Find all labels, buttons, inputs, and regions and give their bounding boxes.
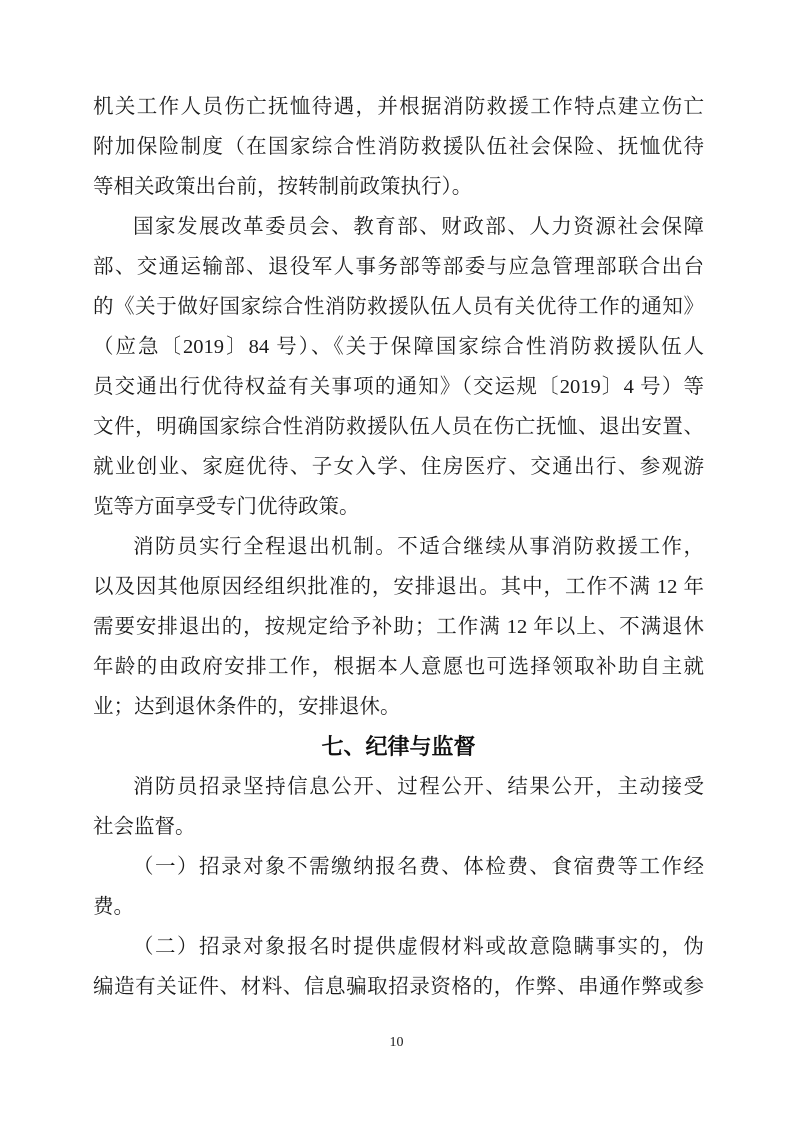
text-line: 消防员实行全程退出机制。不适合继续从事消防救援工作， (93, 527, 704, 567)
text-line: 业；达到退休条件的，安排退休。 (93, 687, 704, 727)
text-line: 文件，明确国家综合性消防救援队伍人员在伤亡抚恤、退出安置、 (93, 407, 704, 447)
para-open-recruitment: 消防员招录坚持信息公开、过程公开、结果公开，主动接受社会监督。 (93, 767, 704, 847)
text-line: 部、交通运输部、退役军人事务部等部委与应急管理部联合出台 (93, 247, 704, 287)
text-line: 社会监督。 (93, 807, 704, 847)
text-line: 需要安排退出的，按规定给予补助；工作满 12 年以上、不满退休 (93, 607, 704, 647)
text-line: 编造有关证件、材料、信息骗取招录资格的，作弊、串通作弊或参 (93, 967, 704, 1007)
document-content: 机关工作人员伤亡抚恤待遇，并根据消防救援工作特点建立伤亡附加保险制度（在国家综合… (93, 87, 704, 1007)
page-footer: 10 (0, 1033, 793, 1051)
text-line: 国家发展改革委员会、教育部、财政部、人力资源社会保障 (93, 207, 704, 247)
text-line: 以及因其他原因经组织批准的，安排退出。其中，工作不满 12 年 (93, 567, 704, 607)
text-line: （应急〔2019〕84 号）、《关于保障国家综合性消防救援队伍人 (93, 327, 704, 367)
para-preferential-policies: 国家发展改革委员会、教育部、财政部、人力资源社会保障部、交通运输部、退役军人事务… (93, 207, 704, 527)
text-line: 览等方面享受专门优待政策。 (93, 487, 704, 527)
para-no-fees: （一）招录对象不需缴纳报名费、体检费、食宿费等工作经费。 (93, 847, 704, 927)
text-line: （一）招录对象不需缴纳报名费、体检费、食宿费等工作经 (93, 847, 704, 887)
text-line: 员交通出行优待权益有关事项的通知》（交运规〔2019〕4 号）等 (93, 367, 704, 407)
text-line: 的《关于做好国家综合性消防救援队伍人员有关优待工作的通知》 (93, 287, 704, 327)
text-line: 机关工作人员伤亡抚恤待遇，并根据消防救援工作特点建立伤亡 (93, 87, 704, 127)
text-line: 就业创业、家庭优待、子女入学、住房医疗、交通出行、参观游 (93, 447, 704, 487)
para-exit-mechanism: 消防员实行全程退出机制。不适合继续从事消防救援工作，以及因其他原因经组织批准的，… (93, 527, 704, 727)
document-page: 机关工作人员伤亡抚恤待遇，并根据消防救援工作特点建立伤亡附加保险制度（在国家综合… (0, 0, 793, 1122)
heading-discipline-supervision: 七、纪律与监督 (93, 727, 704, 767)
text-line: 消防员招录坚持信息公开、过程公开、结果公开，主动接受 (93, 767, 704, 807)
text-line: 附加保险制度（在国家综合性消防救援队伍社会保险、抚恤优待 (93, 127, 704, 167)
para-injury-insurance: 机关工作人员伤亡抚恤待遇，并根据消防救援工作特点建立伤亡附加保险制度（在国家综合… (93, 87, 704, 207)
text-line: 年龄的由政府安排工作，根据本人意愿也可选择领取补助自主就 (93, 647, 704, 687)
page-number: 10 (390, 1035, 404, 1050)
para-fraud-penalties: （二）招录对象报名时提供虚假材料或故意隐瞒事实的，伪造、编造有关证件、材料、信息… (93, 927, 704, 1007)
text-line: （二）招录对象报名时提供虚假材料或故意隐瞒事实的，伪造、 (93, 927, 704, 967)
text-line: 费。 (93, 887, 704, 927)
text-line: 等相关政策出台前，按转制前政策执行）。 (93, 167, 704, 207)
